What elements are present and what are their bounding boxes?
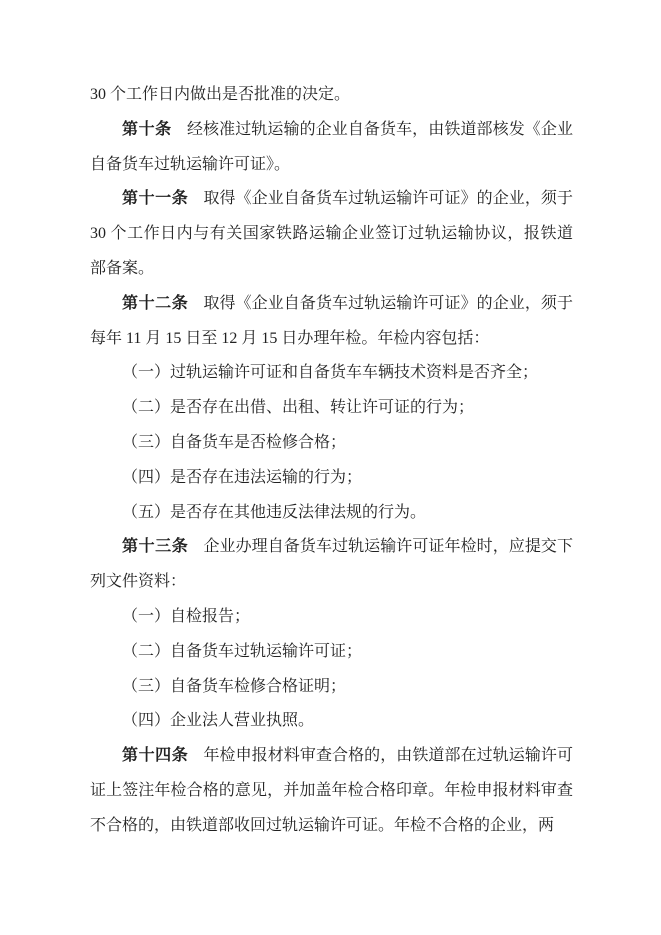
article-paragraph: 第十四条年检申报材料审查合格的，由铁道部在过轨运输许可证上签注年检合格的意见，并… (90, 739, 573, 843)
article-paragraph: 第十一条取得《企业自备货车过轨运输许可证》的企业，须于 30 个工作日内与有关国… (90, 182, 573, 286)
paragraph-text: （一）自检报告； (122, 608, 250, 625)
body-paragraph: （一）过轨运输许可证和自备货车车辆技术资料是否齐全； (90, 356, 573, 391)
body-paragraph: （四）是否存在违法运输的行为； (90, 461, 573, 496)
paragraph-text: （三）自备货车是否检修合格； (122, 434, 346, 451)
paragraph-text: （二）是否存在出借、出租、转让许可证的行为； (122, 399, 474, 416)
article-paragraph: 第十二条取得《企业自备货车过轨运输许可证》的企业，须于每年 11 月 15 日至… (90, 287, 573, 357)
paragraph-text: （五）是否存在其他违反法律法规的行为。 (122, 504, 426, 521)
paragraph-text: （一）过轨运输许可证和自备货车车辆技术资料是否齐全； (122, 364, 538, 381)
article-paragraph: 第十三条企业办理自备货车过轨运输许可证年检时，应提交下列文件资料： (90, 530, 573, 600)
paragraph-text: （二）自备货车过轨运输许可证； (122, 643, 362, 660)
paragraph-text: （三）自备货车检修合格证明； (122, 678, 346, 695)
article-number: 第十条 (122, 121, 172, 138)
body-paragraph: （三）自备货车检修合格证明； (90, 670, 573, 705)
body-paragraph: （二）自备货车过轨运输许可证； (90, 635, 573, 670)
body-paragraph: （五）是否存在其他违反法律法规的行为。 (90, 496, 573, 531)
article-number: 第十三条 (122, 538, 188, 555)
article-number: 第十四条 (122, 747, 188, 764)
document-page: 30 个工作日内做出是否批准的决定。第十条经核准过轨运输的企业自备货车，由铁道部… (0, 0, 661, 935)
article-number: 第十一条 (122, 190, 188, 207)
article-number: 第十二条 (122, 295, 188, 312)
body-paragraph: （四）企业法人营业执照。 (90, 704, 573, 739)
article-paragraph: 第十条经核准过轨运输的企业自备货车，由铁道部核发《企业自备货车过轨运输许可证》。 (90, 113, 573, 183)
paragraph-text: （四）企业法人营业执照。 (122, 712, 314, 729)
body-paragraph: （二）是否存在出借、出租、转让许可证的行为； (90, 391, 573, 426)
paragraph-text: （四）是否存在违法运输的行为； (122, 469, 362, 486)
body-paragraph: 30 个工作日内做出是否批准的决定。 (90, 78, 573, 113)
paragraph-text: 30 个工作日内做出是否批准的决定。 (90, 86, 350, 103)
body-paragraph: （一）自检报告； (90, 600, 573, 635)
body-paragraph: （三）自备货车是否检修合格； (90, 426, 573, 461)
document-body: 30 个工作日内做出是否批准的决定。第十条经核准过轨运输的企业自备货车，由铁道部… (90, 78, 573, 844)
